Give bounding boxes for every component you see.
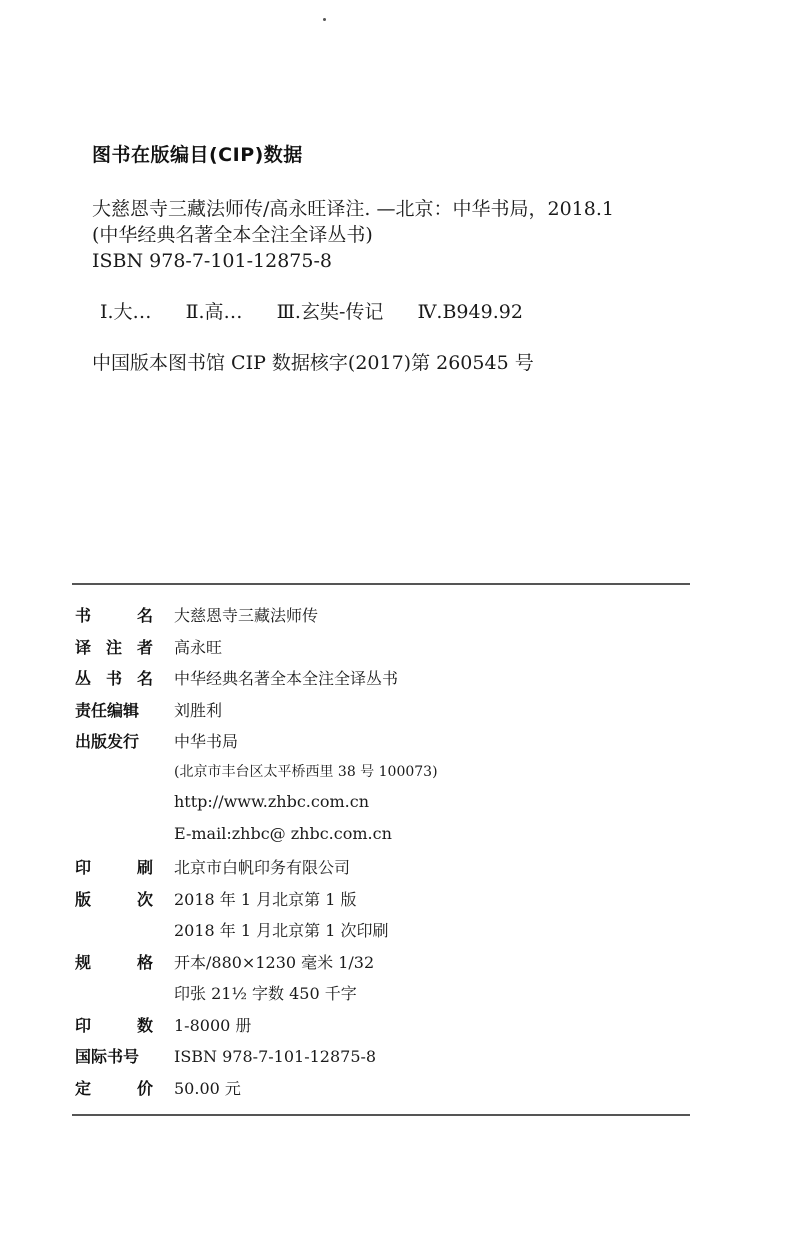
- value: 刘胜利: [174, 698, 222, 721]
- label: 印数: [75, 1013, 153, 1036]
- value: 开本/880×1230 毫米 1/32: [174, 950, 374, 973]
- label: 责任编辑: [75, 698, 153, 721]
- row-editor: 责任编辑 刘胜利: [75, 698, 695, 730]
- publisher-email: E-mail:zhbc@ zhbc.com.cn: [174, 824, 392, 843]
- row-title: 书名 大慈恩寺三藏法师传: [75, 603, 695, 635]
- cip-classification: Ⅰ.大… Ⅱ.高… Ⅲ.玄奘-传记 Ⅳ.B949.92: [100, 297, 551, 324]
- class-item: Ⅱ.高…: [186, 301, 243, 323]
- publisher-address: (北京市丰台区太平桥西里 38 号 100073): [174, 761, 438, 781]
- row-printer: 印刷 北京市白帆印务有限公司: [75, 855, 695, 887]
- label: 印刷: [75, 855, 153, 878]
- label: 规格: [75, 950, 153, 973]
- colophon-table: 书名 大慈恩寺三藏法师传 译注者 高永旺 丛书名 中华经典名著全本全注全译丛书 …: [75, 603, 695, 1107]
- label: 译注者: [75, 635, 153, 658]
- row-format: 规格 开本/880×1230 毫米 1/32: [75, 950, 695, 982]
- row-publisher-email: E-mail:zhbc@ zhbc.com.cn: [75, 824, 695, 856]
- scan-speck: [323, 18, 326, 21]
- class-item: Ⅰ.大…: [100, 301, 152, 323]
- value: 2018 年 1 月北京第 1 次印刷: [174, 918, 389, 941]
- cip-line-series: (中华经典名著全本全注全译丛书): [92, 222, 614, 248]
- row-publisher: 出版发行 中华书局: [75, 729, 695, 761]
- value: 1-8000 册: [174, 1013, 251, 1036]
- row-sheets: 印张 21½ 字数 450 千字: [75, 981, 695, 1013]
- row-print-run: 印数 1-8000 册: [75, 1013, 695, 1045]
- class-item: Ⅲ.玄奘-传记: [277, 301, 384, 323]
- row-printing: 2018 年 1 月北京第 1 次印刷: [75, 918, 695, 950]
- cip-line-isbn: ISBN 978-7-101-12875-8: [92, 248, 614, 274]
- value: 大慈恩寺三藏法师传: [174, 603, 318, 626]
- label: 出版发行: [75, 729, 153, 752]
- cip-record: 大慈恩寺三藏法师传/高永旺译注. —北京：中华书局，2018.1 (中华经典名著…: [92, 196, 614, 274]
- value: 50.00 元: [174, 1076, 241, 1099]
- value: 印张 21½ 字数 450 千字: [174, 981, 357, 1004]
- label: 国际书号: [75, 1044, 153, 1067]
- divider-bottom: [72, 1114, 690, 1116]
- row-series: 丛书名 中华经典名著全本全注全译丛书: [75, 666, 695, 698]
- row-publisher-website: http://www.zhbc.com.cn: [75, 792, 695, 824]
- cip-title: 图书在版编目(CIP)数据: [92, 140, 303, 167]
- label: 丛书名: [75, 666, 153, 689]
- row-translator: 译注者 高永旺: [75, 635, 695, 667]
- value: ISBN 978-7-101-12875-8: [174, 1047, 376, 1066]
- divider-top: [72, 583, 690, 585]
- value: 2018 年 1 月北京第 1 版: [174, 887, 357, 910]
- row-publisher-address: (北京市丰台区太平桥西里 38 号 100073): [75, 761, 695, 793]
- row-isbn: 国际书号 ISBN 978-7-101-12875-8: [75, 1044, 695, 1076]
- publisher-website: http://www.zhbc.com.cn: [174, 792, 369, 811]
- value: 中华经典名著全本全注全译丛书: [174, 666, 398, 689]
- row-price: 定价 50.00 元: [75, 1076, 695, 1108]
- value: 中华书局: [174, 729, 238, 752]
- label: 版次: [75, 887, 153, 910]
- cip-line-title: 大慈恩寺三藏法师传/高永旺译注. —北京：中华书局，2018.1: [92, 196, 614, 222]
- value: 高永旺: [174, 635, 222, 658]
- label: 书名: [75, 603, 153, 626]
- label: 定价: [75, 1076, 153, 1099]
- class-item: Ⅳ.B949.92: [417, 301, 522, 323]
- cip-verification: 中国版本图书馆 CIP 数据核字(2017)第 260545 号: [92, 348, 534, 375]
- row-edition: 版次 2018 年 1 月北京第 1 版: [75, 887, 695, 919]
- value: 北京市白帆印务有限公司: [174, 855, 350, 878]
